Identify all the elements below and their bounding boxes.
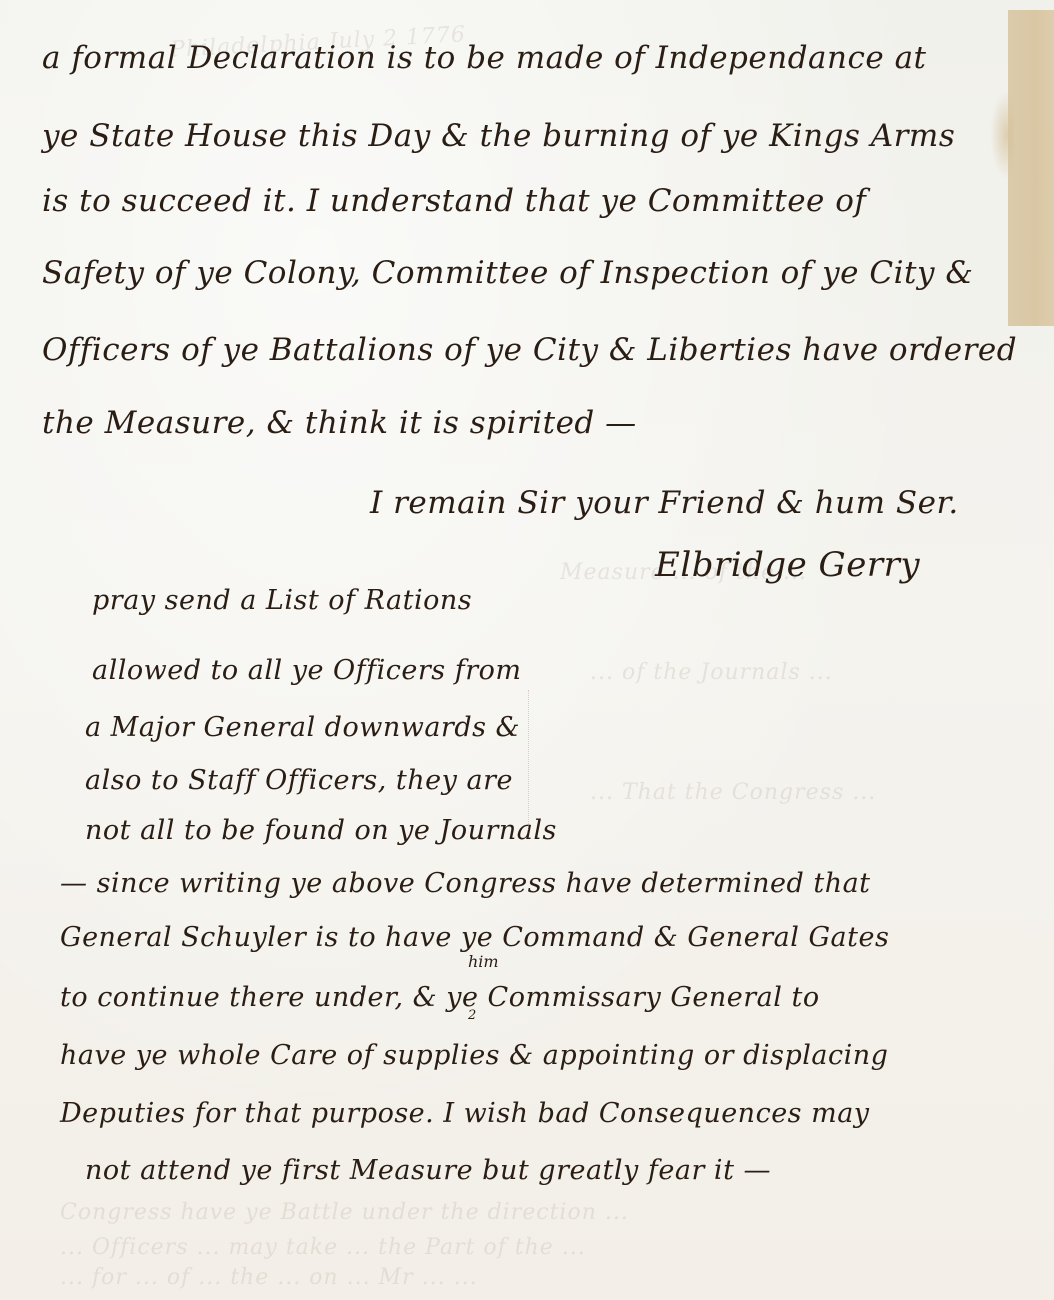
bleed-through-text: ... of the Journals ... (590, 660, 833, 685)
tape-stain (990, 90, 1014, 180)
bleed-through-text: ... That the Congress ... (590, 780, 876, 805)
closing-line: I remain Sir your Friend & hum Ser. (370, 485, 959, 521)
second-postscript-line-3: to continue there under, & ye Commissary… (60, 982, 820, 1013)
postscript-line-2: allowed to all ye Officers from (92, 655, 522, 686)
second-postscript-line-1: — since writing ye above Congress have d… (60, 868, 871, 899)
postscript-line-5: not all to be found on ye Journals (85, 815, 557, 846)
bleed-through-text: ... Officers ... may take ... the Part o… (60, 1235, 586, 1260)
body-line-3: is to succeed it. I understand that ye C… (42, 183, 866, 219)
body-line-1: a formal Declaration is to be made of In… (42, 40, 927, 76)
body-line-4: Safety of ye Colony, Committee of Inspec… (42, 255, 973, 291)
bleed-through-text: Congress have ye Battle under the direct… (60, 1200, 629, 1225)
postscript-line-1: pray send a List of Rations (92, 585, 472, 616)
second-postscript-line-5: Deputies for that purpose. I wish bad Co… (60, 1098, 870, 1129)
body-line-6: the Measure, & think it is spirited — (42, 405, 637, 441)
bleed-through-text: ... for ... of ... the ... on ... Mr ...… (60, 1265, 478, 1290)
signature: Elbridge Gerry (655, 545, 920, 585)
interlineation: him (468, 952, 499, 971)
body-line-5: Officers of ye Battalions of ye City & L… (42, 332, 1017, 368)
second-postscript-line-6: not attend ye first Measure but greatly … (85, 1155, 771, 1186)
repair-tape-strip (1008, 10, 1054, 326)
second-postscript-line-4: have ye whole Care of supplies & appoint… (60, 1040, 888, 1071)
postscript-line-4: also to Staff Officers, they are (85, 765, 513, 796)
letter-page: Philadelphia July 2 1776 Measure ... of … (0, 0, 1054, 1300)
second-postscript-line-2: General Schuyler is to have ye Command &… (60, 922, 889, 953)
body-line-2: ye State House this Day & the burning of… (42, 118, 955, 154)
postscript-box-edge (528, 690, 529, 830)
page-marker: 2 (468, 1008, 476, 1023)
postscript-line-3: a Major General downwards & (85, 712, 520, 743)
